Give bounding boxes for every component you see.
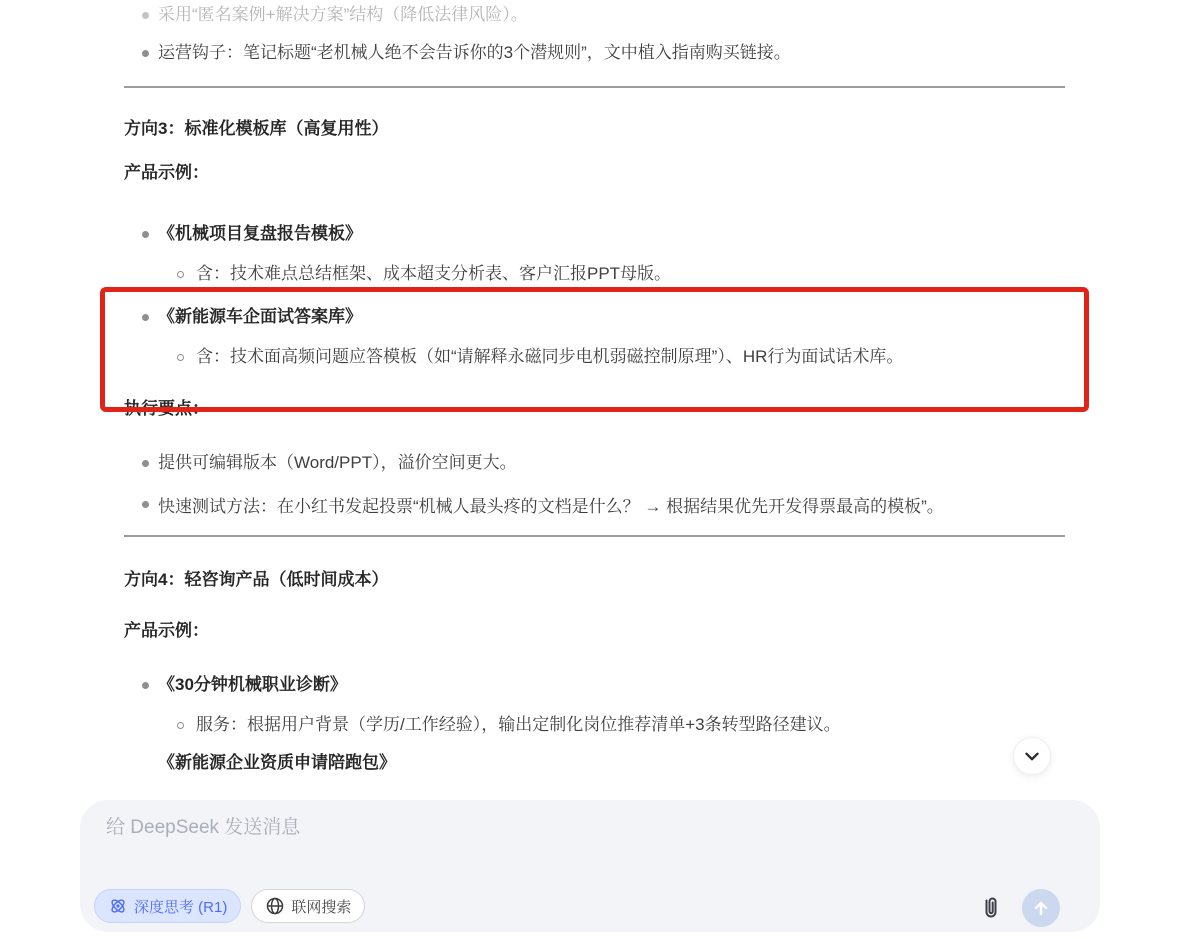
- bullet-dot: [142, 50, 149, 57]
- product-title: 《30分钟机械职业诊断》: [158, 675, 347, 694]
- list-item: 快速测试方法：在小红书发起投票“机械人最头疼的文档是什么？ → 根据结果优先开发…: [124, 489, 1040, 525]
- deepthink-toggle-button[interactable]: 深度思考 (R1): [94, 889, 241, 923]
- product-title: 《新能源车企面试答案库》: [158, 307, 362, 326]
- arrow-up-icon: [1030, 897, 1052, 919]
- product-detail: 服务：根据用户背景（学历/工作经验），输出定制化岗位推荐清单+3条转型路径建议。: [196, 715, 841, 734]
- section3-heading: 方向3：标准化模板库（高复用性）: [124, 114, 1040, 144]
- atom-icon: [108, 896, 128, 916]
- bullet-circle: [177, 271, 184, 278]
- section3-subheading: 产品示例：: [124, 158, 1040, 188]
- list-item: 运营钩子：笔记标题“老机械人绝不会告诉你的3个潜规则”，文中植入指南购买链接。: [124, 38, 1040, 68]
- composer-right-actions: [978, 889, 1060, 927]
- list-item-text: 采用“匿名案例+解决方案”结构（降低法律风险）。: [158, 5, 528, 24]
- message-composer: 深度思考 (R1) 联网搜索: [80, 800, 1100, 932]
- web-search-label: 联网搜索: [291, 896, 351, 917]
- deepthink-label: 深度思考 (R1): [134, 896, 227, 917]
- message-input[interactable]: [106, 814, 1056, 876]
- send-message-button[interactable]: [1022, 889, 1060, 927]
- list-item: 《新能源企业资质申请陪跑包》: [124, 748, 1040, 778]
- bullet-circle: [177, 722, 184, 729]
- scroll-to-bottom-button[interactable]: [1013, 737, 1051, 775]
- list-item-text: 运营钩子：笔记标题“老机械人绝不会告诉你的3个潜规则”，文中植入指南购买链接。: [158, 43, 791, 62]
- list-item: 《新能源车企面试答案库》: [124, 302, 1040, 332]
- product-title: 《机械项目复盘报告模板》: [158, 224, 362, 243]
- list-item: 提供可编辑版本（Word/PPT），溢价空间更大。: [124, 448, 1040, 478]
- bullet-dot: [142, 460, 149, 467]
- list-item: 《机械项目复盘报告模板》: [124, 219, 1040, 249]
- bullet-dot: [142, 12, 149, 19]
- chevron-down-icon: [1021, 745, 1043, 767]
- list-item: 服务：根据用户背景（学历/工作经验），输出定制化岗位推荐清单+3条转型路径建议。: [124, 710, 1040, 740]
- exec-heading: 执行要点：: [124, 394, 1040, 424]
- chat-response: 采用“匿名案例+解决方案”结构（降低法律风险）。 运营钩子：笔记标题“老机械人绝…: [124, 0, 1040, 778]
- composer-actions: 深度思考 (R1) 联网搜索: [94, 889, 365, 923]
- web-search-toggle-button[interactable]: 联网搜索: [251, 889, 365, 923]
- bullet-dot: [142, 682, 149, 689]
- bullet-circle: [177, 354, 184, 361]
- globe-icon: [265, 896, 285, 916]
- list-item: 含：技术难点总结框架、成本超支分析表、客户汇报PPT母版。: [124, 259, 1040, 289]
- list-item: 含：技术面高频问题应答模板（如“请解释永磁同步电机弱磁控制原理”）、HR行为面试…: [124, 342, 1040, 372]
- product-title: 《新能源企业资质申请陪跑包》: [158, 753, 396, 772]
- bullet-dot: [142, 314, 149, 321]
- product-detail: 含：技术难点总结框架、成本超支分析表、客户汇报PPT母版。: [196, 264, 671, 283]
- section-divider: [124, 86, 1065, 88]
- section-divider: [124, 535, 1065, 537]
- bullet-dot: [142, 501, 149, 508]
- paperclip-icon: [979, 894, 1003, 922]
- bullet-dot: [142, 231, 149, 238]
- exec-point: 提供可编辑版本（Word/PPT），溢价空间更大。: [158, 453, 517, 472]
- list-item: 采用“匿名案例+解决方案”结构（降低法律风险）。: [124, 0, 1040, 30]
- deepseek-chat-page: 采用“匿名案例+解决方案”结构（降低法律风险）。 运营钩子：笔记标题“老机械人绝…: [0, 0, 1181, 939]
- exec-point: 快速测试方法：在小红书发起投票“机械人最头疼的文档是什么？ → 根据结果优先开发…: [158, 497, 944, 516]
- section4-subheading: 产品示例：: [124, 616, 1040, 646]
- list-item: 《30分钟机械职业诊断》: [124, 670, 1040, 700]
- attach-file-button[interactable]: [978, 893, 1004, 923]
- section4-heading: 方向4：轻咨询产品（低时间成本）: [124, 565, 1040, 595]
- product-detail: 含：技术面高频问题应答模板（如“请解释永磁同步电机弱磁控制原理”）、HR行为面试…: [196, 347, 903, 366]
